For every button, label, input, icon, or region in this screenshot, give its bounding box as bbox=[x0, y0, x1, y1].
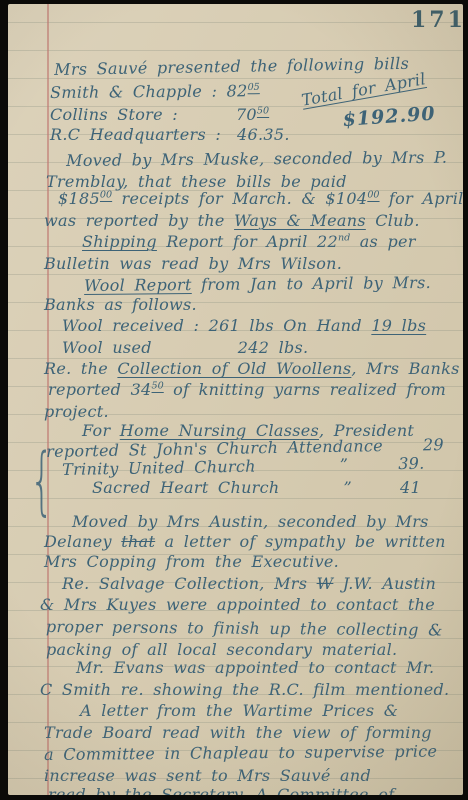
handwritten-segment: 39. bbox=[398, 454, 425, 473]
handwritten-segment: Bulletin was read by Mrs Wilson. bbox=[44, 254, 342, 273]
ledger-paper: 171 Mrs Sauvé presented the following bi… bbox=[8, 4, 463, 795]
handwritten-segment: $185 bbox=[58, 189, 100, 208]
scanned-page: 171 Mrs Sauvé presented the following bi… bbox=[0, 0, 468, 800]
handwritten-segment: Mr. Evans was appointed to contact Mr. bbox=[76, 658, 434, 677]
handwritten-segment: R.C Headquarters : bbox=[50, 125, 221, 144]
handwritten-segment: A letter from the Wartime Prices & bbox=[80, 701, 398, 720]
handwritten-segment: & Mrs Kuyes were appointed to contact th… bbox=[40, 595, 435, 614]
handwritten-line: Trade Board read with the view of formin… bbox=[44, 723, 432, 742]
handwritten-line: reported 3450 of knitting yarns realized… bbox=[48, 380, 446, 399]
handwritten-segment: Trinity United Church bbox=[62, 457, 256, 479]
handwritten-line: proper persons to finish up the collecti… bbox=[46, 617, 443, 639]
handwritten-segment: Smith & Chapple : bbox=[50, 81, 227, 102]
handwritten-segment: ” bbox=[344, 478, 352, 497]
handwritten-line: Wool used242 lbs. bbox=[62, 338, 308, 357]
handwritten-segment: Collection of Old Woollens bbox=[117, 359, 351, 378]
handwritten-segment: of knitting yarns realized from bbox=[164, 380, 446, 399]
handwritten-segment: receipts for March. & $104 bbox=[112, 189, 367, 208]
handwritten-segment: Shipping bbox=[82, 232, 157, 251]
handwritten-segment: Sacred Heart Church bbox=[92, 478, 280, 497]
handwritten-segment: Ways & Means bbox=[234, 211, 366, 230]
handwritten-segment: increase was sent to Mrs Sauvé and bbox=[44, 766, 371, 785]
handwritten-line: C Smith re. showing the R.C. film mentio… bbox=[40, 680, 449, 699]
handwritten-line: Sacred Heart Church”41 bbox=[92, 478, 421, 497]
handwritten-line: packing of all local secondary material. bbox=[46, 640, 397, 659]
handwritten-segment: , Mrs Banks bbox=[351, 359, 459, 378]
handwritten-line: & Mrs Kuyes were appointed to contact th… bbox=[40, 595, 435, 614]
handwritten-segment: Moved by Mrs Muske, seconded by Mrs P. bbox=[66, 148, 447, 170]
handwritten-segment: for April bbox=[380, 189, 463, 208]
handwritten-segment: 00 bbox=[100, 190, 112, 201]
handwritten-segment: Report for April 22 bbox=[157, 232, 338, 251]
handwritten-segment: Club. bbox=[366, 211, 420, 230]
handwritten-line: Moved by Mrs Austin, seconded by Mrs bbox=[72, 512, 429, 531]
handwritten-line: Wool received : 261 lbs On Hand 19 lbs bbox=[62, 316, 426, 335]
handwritten-segment: a letter of sympathy be written bbox=[155, 532, 446, 551]
handwritten-line: Mrs Copping from the Executive. bbox=[44, 552, 339, 571]
handwritten-line: A letter from the Wartime Prices & bbox=[80, 701, 398, 720]
handwritten-segment: ” bbox=[340, 455, 349, 474]
handwritten-segment: 19 lbs bbox=[371, 316, 426, 335]
handwritten-segment: Re. the bbox=[44, 359, 117, 378]
handwritten-segment: that bbox=[121, 532, 155, 551]
handwritten-line: Collins Store :7050 bbox=[50, 105, 269, 124]
handwritten-segment: 05 bbox=[247, 82, 259, 93]
handwritten-segment: Wool received : 261 lbs On Hand bbox=[62, 316, 371, 335]
handwritten-segment: project. bbox=[44, 402, 109, 421]
handwritten-line: increase was sent to Mrs Sauvé and bbox=[44, 766, 371, 785]
page-number: 171 bbox=[411, 7, 463, 33]
handwritten-segment: Moved by Mrs Austin, seconded by Mrs bbox=[72, 512, 429, 531]
handwritten-segment: read by the Secretary. A Committee of bbox=[48, 785, 394, 795]
total-amount: $192.90 bbox=[342, 103, 436, 131]
handwritten-line: Smith & Chapple : 8205 bbox=[50, 81, 260, 102]
handwritten-segment: Wool Report bbox=[84, 275, 192, 295]
handwritten-segment: Banks as follows. bbox=[44, 295, 197, 314]
handwritten-line: Wool Report from Jan to April by Mrs. bbox=[84, 273, 431, 295]
handwritten-line: read by the Secretary. A Committee of bbox=[48, 785, 394, 795]
handwritten-segment: For bbox=[82, 421, 120, 440]
handwritten-segment: 46.35. bbox=[237, 125, 290, 144]
handwritten-segment: proper persons to finish up the collecti… bbox=[46, 617, 443, 639]
handwritten-segment: 50 bbox=[152, 381, 164, 392]
handwritten-segment: packing of all local secondary material. bbox=[46, 640, 397, 659]
handwritten-segment: 82 bbox=[227, 81, 248, 100]
handwritten-line: $18500 receipts for March. & $10400 for … bbox=[58, 189, 463, 208]
handwritten-line: Shipping Report for April 22nd as per bbox=[82, 232, 416, 251]
handwritten-line: was reported by the Ways & Means Club. bbox=[44, 211, 420, 230]
handwritten-segment: 29 bbox=[423, 435, 444, 454]
margin-line bbox=[47, 4, 49, 795]
handwritten-segment: Trade Board read with the view of formin… bbox=[44, 723, 432, 742]
handwritten-line: R.C Headquarters :46.35. bbox=[50, 125, 290, 144]
handwritten-segment: nd bbox=[338, 233, 350, 244]
handwritten-line: Delaney that a letter of sympathy be wri… bbox=[44, 532, 446, 551]
handwritten-segment: C Smith re. showing the R.C. film mentio… bbox=[40, 680, 449, 699]
handwritten-line: a Committee in Chapleau to supervise pri… bbox=[44, 742, 437, 764]
handwritten-line: Re. Salvage Collection, Mrs W J.W. Austi… bbox=[62, 574, 436, 593]
handwritten-segment: 41 bbox=[400, 478, 421, 497]
handwritten-segment: J.W. Austin bbox=[333, 574, 436, 593]
handwritten-segment: was reported by the bbox=[44, 211, 234, 230]
handwritten-segment: 00 bbox=[367, 190, 379, 201]
handwritten-line: Re. the Collection of Old Woollens, Mrs … bbox=[44, 359, 460, 378]
handwritten-line: Banks as follows. bbox=[44, 295, 197, 314]
handwritten-segment: Mrs Sauvé presented the following bills bbox=[54, 54, 409, 79]
handwritten-segment: Collins Store : bbox=[50, 105, 178, 124]
handwritten-segment: 242 lbs. bbox=[238, 338, 309, 357]
handwritten-segment: a Committee in Chapleau to supervise pri… bbox=[44, 742, 437, 764]
handwritten-segment: from Jan to April by Mrs. bbox=[192, 273, 431, 294]
handwritten-segment: Mrs Copping from the Executive. bbox=[44, 552, 339, 571]
handwritten-segment: Delaney bbox=[44, 532, 121, 551]
handwritten-segment: Wool used bbox=[62, 338, 152, 357]
page-content: 171 Mrs Sauvé presented the following bi… bbox=[8, 4, 463, 795]
handwritten-line: Moved by Mrs Muske, seconded by Mrs P. bbox=[66, 148, 447, 170]
handwritten-segment: as per bbox=[350, 232, 415, 251]
handwritten-line: Mrs Sauvé presented the following bills bbox=[54, 54, 409, 79]
handwritten-segment: reported 34 bbox=[48, 380, 152, 399]
handwritten-segment: 50 bbox=[257, 106, 269, 117]
handwritten-segment: W bbox=[317, 574, 334, 593]
handwritten-line: Mr. Evans was appointed to contact Mr. bbox=[76, 658, 434, 677]
handwritten-segment: 70 bbox=[236, 105, 257, 124]
handwritten-line: project. bbox=[44, 402, 109, 421]
handwritten-line: Bulletin was read by Mrs Wilson. bbox=[44, 254, 342, 273]
handwritten-segment: Re. Salvage Collection, Mrs bbox=[62, 574, 317, 593]
